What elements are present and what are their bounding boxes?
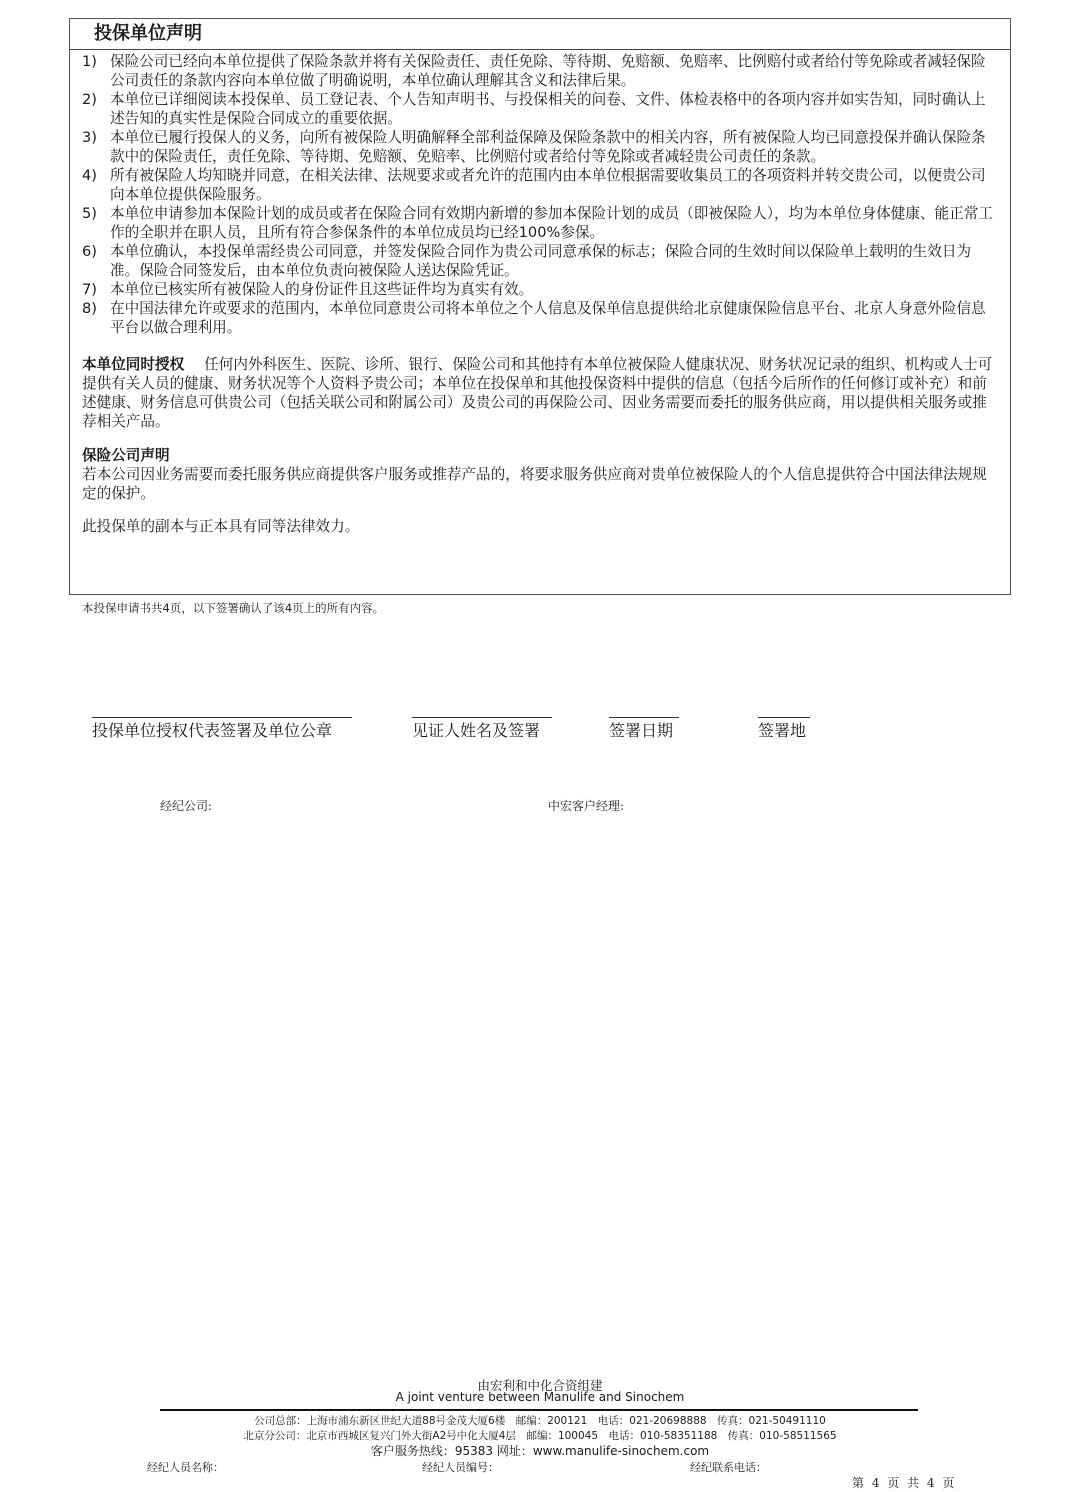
footer-divider <box>160 1409 918 1411</box>
item-text: 在中国法律允许或要求的范围内，本单位同意贵公司将本单位之个人信息及保单信息提供给… <box>110 299 1000 337</box>
declaration-item: 4) 所有被保险人均知晓并同意，在相关法律、法规要求或者允许的范围内由本单位根据… <box>82 166 1000 204</box>
signature-applicant-label: 投保单位授权代表签署及单位公章 <box>92 721 332 740</box>
item-number: 2) <box>82 90 110 128</box>
agent-name-label: 经纪人员名称： <box>147 1459 224 1475</box>
signature-witness-label: 见证人姓名及签署 <box>412 721 540 740</box>
item-text: 保险公司已经向本单位提供了保险条款并将有关保险责任、责任免除、等待期、免赔额、免… <box>110 52 1000 90</box>
client-manager-label: 中宏客户经理: <box>548 797 624 814</box>
signature-date-label: 签署日期 <box>609 721 673 740</box>
agent-phone-label: 经纪联系电话： <box>690 1459 767 1475</box>
signature-applicant[interactable]: 投保单位授权代表签署及单位公章 <box>92 717 352 743</box>
declaration-item: 7) 本单位已核实所有被保险人的身份证件且这些证件均为真实有效。 <box>82 280 1000 299</box>
signature-place[interactable]: 签署地 <box>758 717 810 743</box>
item-number: 1) <box>82 52 110 90</box>
joint-venture-en: A joint venture between Manulife and Sin… <box>0 1390 1080 1404</box>
declaration-item: 3) 本单位已履行投保人的义务，向所有被保险人明确解释全部利益保障及保险条款中的… <box>82 128 1000 166</box>
item-text: 本单位申请参加本保险计划的成员或者在保险合同有效期内新增的参加本保险计划的成员（… <box>110 204 1000 242</box>
signature-place-label: 签署地 <box>758 721 806 740</box>
signature-date[interactable]: 签署日期 <box>609 717 679 743</box>
declaration-item: 1) 保险公司已经向本单位提供了保险条款并将有关保险责任、责任免除、等待期、免赔… <box>82 52 1000 90</box>
item-number: 8) <box>82 299 110 337</box>
beijing-branch-address: 北京分公司：北京市西城区复兴门外大街A2号中化大厦4层 邮编：100045 电话… <box>0 1428 1080 1443</box>
item-number: 6) <box>82 242 110 280</box>
item-text: 本单位已核实所有被保险人的身份证件且这些证件均为真实有效。 <box>110 280 1000 299</box>
authorization-label: 本单位同时授权 <box>82 356 184 373</box>
authorization-section: 本单位同时授权任何内外科医生、医院、诊所、银行、保险公司和其他持有本单位被保险人… <box>70 355 1010 431</box>
item-text: 本单位已详细阅读本投保单、员工登记表、个人告知声明书、与投保相关的问卷、文件、体… <box>110 90 1000 128</box>
page-count-note: 本投保申请书共4页，以下签署确认了该4页上的所有内容。 <box>82 600 384 616</box>
hq-address: 公司总部：上海市浦东新区世纪大道88号金茂大厦6楼 邮编：200121 电话：0… <box>0 1413 1080 1428</box>
declaration-item: 2) 本单位已详细阅读本投保单、员工登记表、个人告知声明书、与投保相关的问卷、文… <box>82 90 1000 128</box>
broker-company-label: 经纪公司: <box>160 797 212 814</box>
authorization-text: 任何内外科医生、医院、诊所、银行、保险公司和其他持有本单位被保险人健康状况、财务… <box>82 356 992 430</box>
item-number: 4) <box>82 166 110 204</box>
item-text: 本单位确认，本投保单需经贵公司同意，并签发保险合同作为贵公司同意承保的标志；保险… <box>110 242 1000 280</box>
declaration-box: 投保单位声明 1) 保险公司已经向本单位提供了保险条款并将有关保险责任、责任免除… <box>69 18 1011 595</box>
item-text: 所有被保险人均知晓并同意，在相关法律、法规要求或者允许的范围内由本单位根据需要收… <box>110 166 1000 204</box>
declaration-item: 6) 本单位确认，本投保单需经贵公司同意，并签发保险合同作为贵公司同意承保的标志… <box>82 242 1000 280</box>
agent-id-label: 经纪人员编号： <box>422 1459 499 1475</box>
insurer-statement-text: 若本公司因业务需要而委托服务供应商提供客户服务或推荐产品的，将要求服务供应商对贵… <box>70 465 1010 503</box>
item-number: 7) <box>82 280 110 299</box>
customer-hotline: 客户服务热线：95383 网址：www.manulife-sinochem.co… <box>0 1442 1080 1459</box>
declaration-item: 8) 在中国法律允许或要求的范围内，本单位同意贵公司将本单位之个人信息及保单信息… <box>82 299 1000 337</box>
copy-validity-note: 此投保单的副本与正本具有同等法律效力。 <box>70 517 1010 536</box>
item-number: 5) <box>82 204 110 242</box>
declaration-item: 5) 本单位申请参加本保险计划的成员或者在保险合同有效期内新增的参加本保险计划的… <box>82 204 1000 242</box>
insurer-statement-title: 保险公司声明 <box>70 446 1010 465</box>
declaration-title: 投保单位声明 <box>70 19 1010 50</box>
signature-witness[interactable]: 见证人姓名及签署 <box>412 717 552 743</box>
item-number: 3) <box>82 128 110 166</box>
page-number: 第 4 页 共 4 页 <box>852 1474 956 1491</box>
declaration-items: 1) 保险公司已经向本单位提供了保险条款并将有关保险责任、责任免除、等待期、免赔… <box>70 50 1010 337</box>
item-text: 本单位已履行投保人的义务，向所有被保险人明确解释全部利益保障及保险条款中的相关内… <box>110 128 1000 166</box>
